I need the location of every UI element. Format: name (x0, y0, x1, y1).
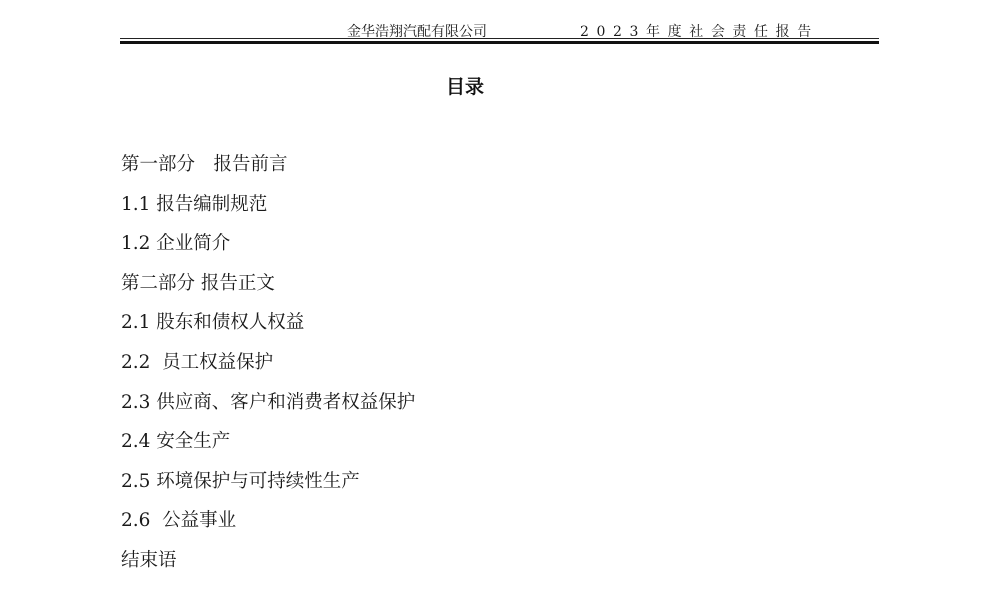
toc-item-part-one[interactable]: 第一部分 报告前言 (121, 151, 415, 191)
toc-item-conclusion[interactable]: 结束语 (121, 547, 415, 587)
toc-title: 目录 (0, 72, 930, 99)
toc-item-1-1[interactable]: 1.1 报告编制规范 (121, 191, 415, 231)
page-header: 金华浩翔汽配有限公司 2023年度社会责任报告 (120, 0, 879, 46)
toc-item-1-2[interactable]: 1.2 企业简介 (121, 230, 415, 270)
header-rule-thin (120, 38, 879, 39)
toc-item-2-5[interactable]: 2.5 环境保护与可持续性生产 (121, 468, 415, 508)
toc-item-2-4[interactable]: 2.4 安全生产 (121, 428, 415, 468)
toc-item-2-6[interactable]: 2.6 公益事业 (121, 507, 415, 547)
table-of-contents: 第一部分 报告前言 1.1 报告编制规范 1.2 企业简介 第二部分 报告正文 … (121, 151, 415, 587)
toc-item-part-two[interactable]: 第二部分 报告正文 (121, 270, 415, 310)
header-rule-thick (120, 41, 879, 44)
toc-item-2-2[interactable]: 2.2 员工权益保护 (121, 349, 415, 389)
toc-item-2-1[interactable]: 2.1 股东和债权人权益 (121, 309, 415, 349)
toc-item-2-3[interactable]: 2.3 供应商、客户和消费者权益保护 (121, 389, 415, 429)
